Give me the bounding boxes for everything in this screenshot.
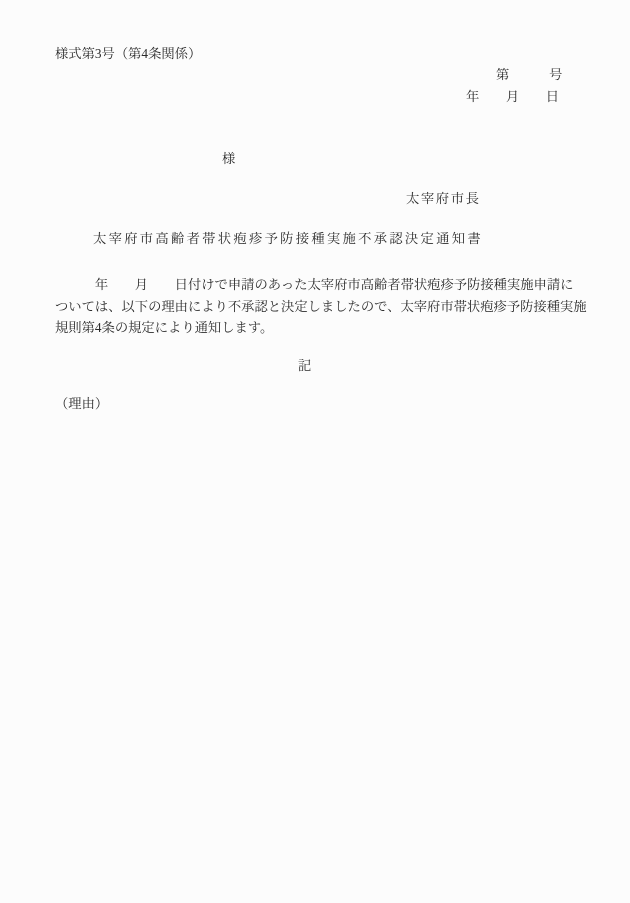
document-number-blank: 第 号 [496, 67, 562, 82]
document-title: 太宰府市高齢者帯状疱疹予防接種実施不承認決定通知書 [93, 231, 483, 246]
form-number-label: 様式第3号（第4条関係） [55, 46, 201, 61]
addressee-suffix: 様 [222, 151, 235, 166]
body-line-2: ついては、以下の理由により不承認と決定しましたので、太宰府市帯状疱疹予防接種実施 [55, 296, 595, 318]
reason-label: （理由） [55, 396, 108, 411]
body-line-1: 年 月 日付けで申請のあった太宰府市高齢者帯状疱疹予防接種実施申請に [55, 274, 595, 296]
record-marker: 記 [298, 358, 311, 373]
body-line-3: 規則第4条の規定により通知します。 [55, 317, 595, 339]
body-paragraph: 年 月 日付けで申請のあった太宰府市高齢者帯状疱疹予防接種実施申請に ついては、… [55, 274, 595, 339]
sender-name: 太宰府市長 [406, 191, 480, 206]
document-page: 様式第3号（第4条関係） 第 号 年 月 日 様 太宰府市長 太宰府市高齢者帯状… [0, 0, 630, 903]
date-blank: 年 月 日 [466, 89, 559, 104]
